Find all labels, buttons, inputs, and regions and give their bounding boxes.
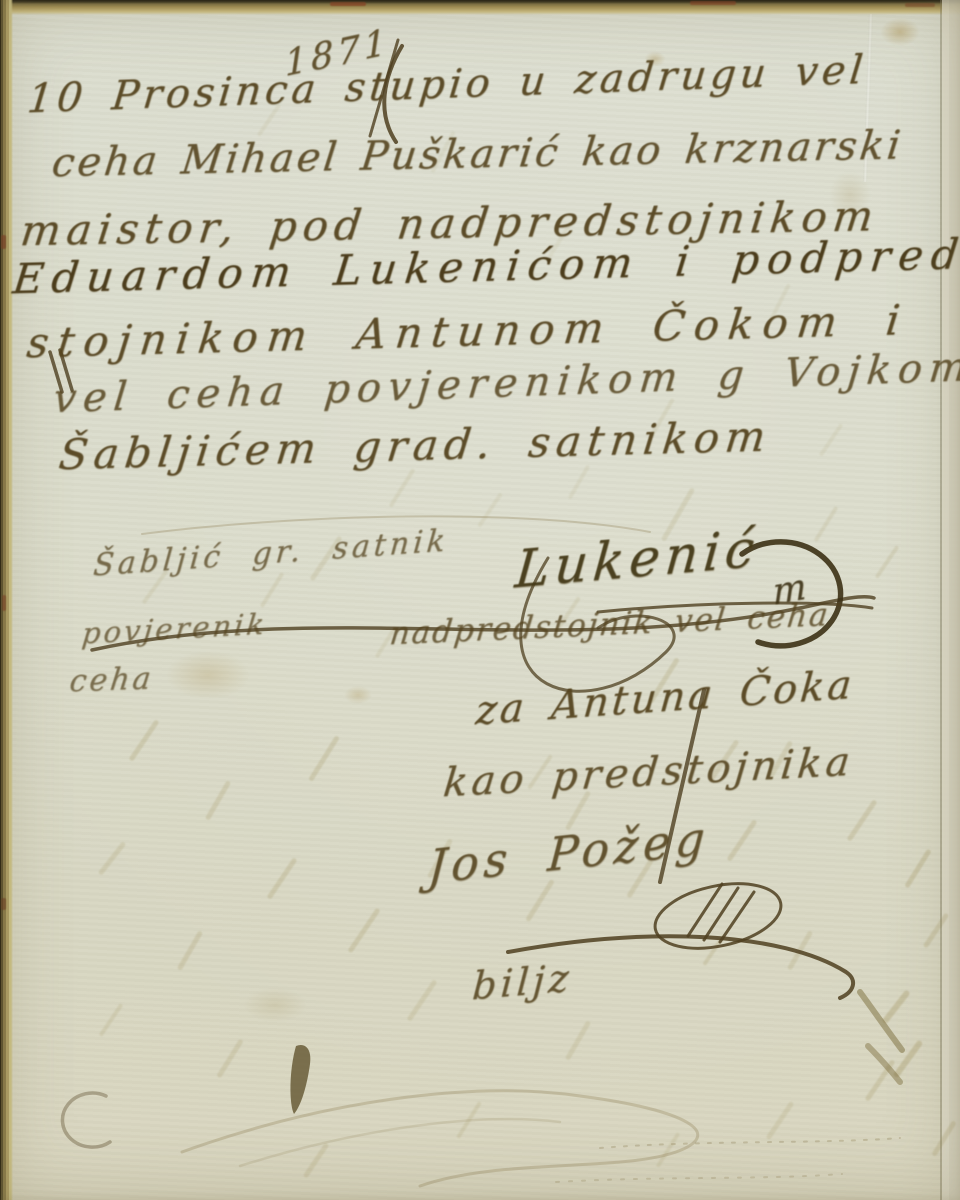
bleed-smudge xyxy=(347,908,380,954)
edge-speck xyxy=(1,898,6,910)
signature-role-ceha: ceha xyxy=(68,661,156,699)
bleed-smudge xyxy=(656,1132,681,1168)
page-edge-right xyxy=(940,0,960,1200)
edge-speck xyxy=(1,235,6,249)
bleed-smudge xyxy=(875,545,900,579)
bleed-smudge xyxy=(98,841,127,876)
signature-lukenic: Lukenić xyxy=(513,519,762,601)
bleed-smudge xyxy=(267,857,298,900)
bleed-smudge xyxy=(407,979,438,1022)
bleed-smudge xyxy=(766,1101,795,1140)
bleed-smudge xyxy=(389,468,416,507)
bleed-smudge xyxy=(904,849,932,889)
bleed-smudge xyxy=(205,780,231,821)
bleed-smudge xyxy=(881,989,910,1024)
paper-stain xyxy=(872,12,928,52)
bleed-smudge xyxy=(129,719,160,762)
bleed-smudge xyxy=(893,1039,924,1078)
edge-speck xyxy=(905,3,935,7)
signature-role-povjerenik: povjerenik xyxy=(80,606,268,650)
bleed-smudge xyxy=(847,799,878,842)
entry-line-1: 10 Prosinca stupio u zadrugu vel xyxy=(25,47,869,122)
proxy-note-line2: kao predstojnika xyxy=(441,739,856,807)
bottom-loop-flourish xyxy=(182,1091,698,1186)
bleed-smudge xyxy=(303,1143,330,1179)
bleed-smudge xyxy=(727,819,758,862)
edge-speck xyxy=(2,595,6,611)
signature-pozeg: Jos Požeg xyxy=(426,810,711,894)
entry-line-2: ceha Mihael Puškarić kao krznarski xyxy=(49,122,905,186)
bottom-loop-echo xyxy=(240,1119,560,1166)
bleed-smudge xyxy=(568,465,590,500)
edge-ink-mark xyxy=(868,1046,900,1082)
paper-stain xyxy=(230,980,320,1030)
ghost-writing-line xyxy=(600,1138,900,1148)
bleed-smudge xyxy=(477,492,503,527)
paraph-flourish xyxy=(649,873,787,958)
bleed-smudge xyxy=(525,879,555,922)
bleed-smudge xyxy=(819,423,844,457)
book-edge-top xyxy=(0,0,960,15)
bleed-smudge xyxy=(565,1020,591,1061)
edge-speck xyxy=(330,2,366,6)
manuscript-page: 1871 10 Prosinca stupio u zadrugu vel ce… xyxy=(0,0,960,1200)
bleed-smudge xyxy=(702,934,725,966)
signature-role-nadpredstojnik: nadpredstojnik vel ceha xyxy=(388,597,832,652)
paper-stain xyxy=(338,682,378,708)
edge-ink-mark xyxy=(860,992,902,1050)
edge-speck xyxy=(690,1,736,5)
entry-line-7: Šabljićem grad. satnikom xyxy=(56,411,774,479)
notary-abbreviation: biljz xyxy=(471,955,574,1008)
paraph-strokes xyxy=(688,884,754,942)
bleed-smudge xyxy=(308,735,340,782)
bleed-smudge xyxy=(99,1003,124,1037)
bleed-smudge xyxy=(865,1059,896,1102)
bleed-smudge xyxy=(177,930,203,971)
paper-stain xyxy=(148,640,268,710)
bleed-smudge xyxy=(814,506,839,542)
bleed-smudge xyxy=(260,572,285,608)
bleed-smudge xyxy=(216,1039,244,1079)
bleed-smudge xyxy=(456,1101,482,1139)
ink-blot xyxy=(290,1045,310,1114)
ghost-writing-line xyxy=(556,1174,842,1182)
signature-role-sabljic: Šabljić gr. satnik xyxy=(92,523,450,583)
faint-c-mark xyxy=(62,1093,110,1147)
proxy-note-line1: za Antuna Čoka xyxy=(474,662,856,735)
bleed-smudge xyxy=(787,930,813,971)
